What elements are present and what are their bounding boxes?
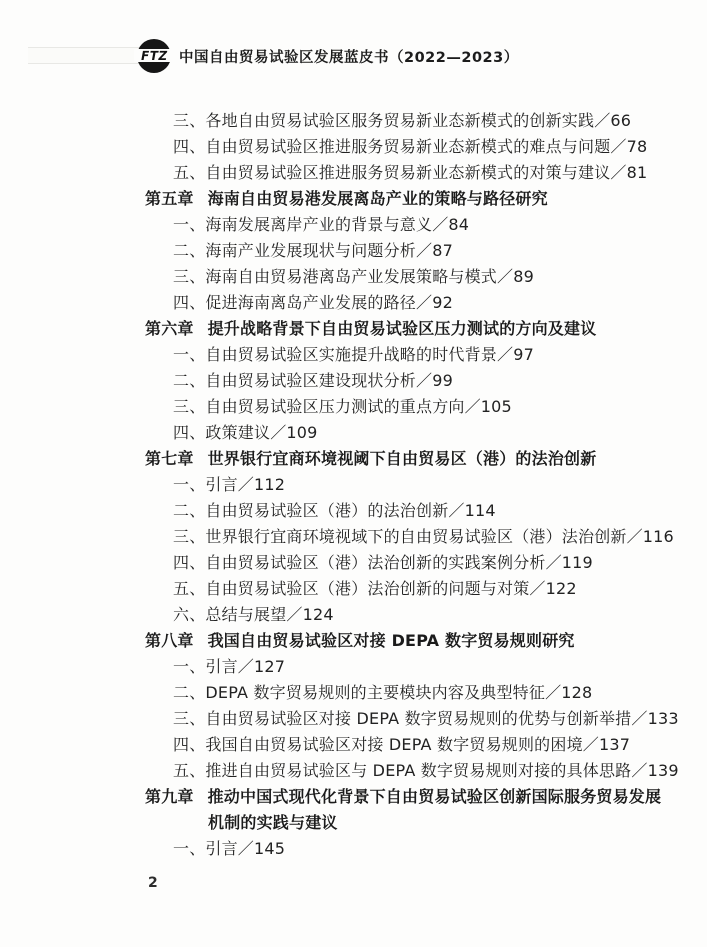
chapter-label: 第九章 [145, 787, 194, 806]
toc-chapter: 第六章提升战略背景下自由贸易试验区压力测试的方向及建议 [0, 316, 707, 342]
toc-item: 四、自由贸易试验区（港）法治创新的实践案例分析／119 [0, 550, 707, 576]
ftz-logo-icon: FTZ [137, 39, 171, 73]
chapter-title: 我国自由贸易试验区对接 DEPA 数字贸易规则研究 [208, 631, 575, 650]
chapter-title: 海南自由贸易港发展离岛产业的策略与路径研究 [208, 189, 548, 208]
toc-item: 一、引言／127 [0, 654, 707, 680]
page-number: 2 [148, 875, 158, 891]
chapter-title: 提升战略背景下自由贸易试验区压力测试的方向及建议 [208, 319, 597, 338]
toc-item: 五、自由贸易试验区（港）法治创新的问题与对策／122 [0, 576, 707, 602]
toc-item: 六、总结与展望／124 [0, 602, 707, 628]
toc-chapter: 第九章推动中国式现代化背景下自由贸易试验区创新国际服务贸易发展 [0, 784, 707, 810]
toc-item: 二、自由贸易试验区（港）的法治创新／114 [0, 498, 707, 524]
toc-chapter: 第七章世界银行宜商环境视阈下自由贸易区（港）的法治创新 [0, 446, 707, 472]
chapter-title: 推动中国式现代化背景下自由贸易试验区创新国际服务贸易发展 [208, 787, 662, 806]
book-title: 中国自由贸易试验区发展蓝皮书（2022—2023） [179, 46, 519, 67]
ftz-logo-text: FTZ [140, 49, 169, 62]
toc-item: 四、自由贸易试验区推进服务贸易新业态新模式的难点与问题／78 [0, 134, 707, 160]
toc-item: 三、世界银行宜商环境视域下的自由贸易试验区（港）法治创新／116 [0, 524, 707, 550]
toc-chapter: 第五章海南自由贸易港发展离岛产业的策略与路径研究 [0, 186, 707, 212]
toc-chapter: 第八章我国自由贸易试验区对接 DEPA 数字贸易规则研究 [0, 628, 707, 654]
toc-item: 四、政策建议／109 [0, 420, 707, 446]
page-header: FTZ 中国自由贸易试验区发展蓝皮书（2022—2023） [0, 0, 707, 90]
toc-item: 三、各地自由贸易试验区服务贸易新业态新模式的创新实践／66 [0, 108, 707, 134]
toc-list: 三、各地自由贸易试验区服务贸易新业态新模式的创新实践／66四、自由贸易试验区推进… [0, 108, 707, 862]
toc-item: 五、自由贸易试验区推进服务贸易新业态新模式的对策与建议／81 [0, 160, 707, 186]
toc-item: 一、自由贸易试验区实施提升战略的时代背景／97 [0, 342, 707, 368]
toc-item: 三、自由贸易试验区压力测试的重点方向／105 [0, 394, 707, 420]
toc-item: 一、海南发展离岸产业的背景与意义／84 [0, 212, 707, 238]
chapter-label: 第八章 [145, 631, 194, 650]
toc-item: 三、海南自由贸易港离岛产业发展策略与模式／89 [0, 264, 707, 290]
toc-item: 三、自由贸易试验区对接 DEPA 数字贸易规则的优势与创新举措／133 [0, 706, 707, 732]
chapter-label: 第七章 [145, 449, 194, 468]
toc-item: 五、推进自由贸易试验区与 DEPA 数字贸易规则对接的具体思路／139 [0, 758, 707, 784]
toc-item: 四、我国自由贸易试验区对接 DEPA 数字贸易规则的困境／137 [0, 732, 707, 758]
chapter-title: 世界银行宜商环境视阈下自由贸易区（港）的法治创新 [208, 449, 597, 468]
toc-item: 二、自由贸易试验区建设现状分析／99 [0, 368, 707, 394]
toc-item: 二、海南产业发展现状与问题分析／87 [0, 238, 707, 264]
toc-chapter-wrap-line: 机制的实践与建议 [0, 810, 707, 836]
toc-item: 二、DEPA 数字贸易规则的主要模块内容及典型特征／128 [0, 680, 707, 706]
toc-item: 四、促进海南离岛产业发展的路径／92 [0, 290, 707, 316]
ftz-logo-band: FTZ [134, 49, 174, 62]
chapter-label: 第五章 [145, 189, 194, 208]
scanned-book-page: FTZ 中国自由贸易试验区发展蓝皮书（2022—2023） 三、各地自由贸易试验… [0, 0, 707, 947]
toc-item: 一、引言／112 [0, 472, 707, 498]
chapter-label: 第六章 [145, 319, 194, 338]
toc-item: 一、引言／145 [0, 836, 707, 862]
